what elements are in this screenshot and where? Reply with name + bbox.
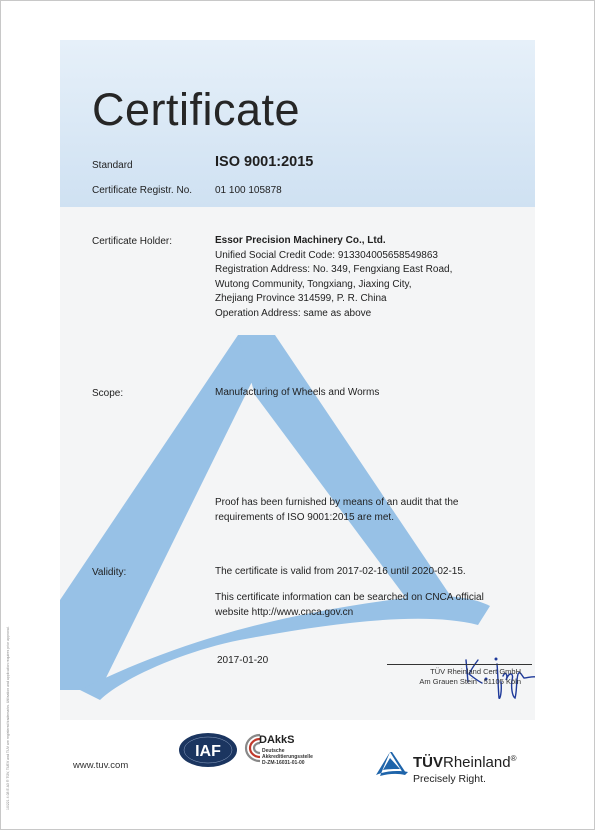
certificate-title: Certificate (92, 84, 300, 136)
standard-value: ISO 9001:2015 (215, 155, 313, 170)
holder-line: Operation Address: same as above (215, 307, 452, 322)
registered-mark: ® (511, 754, 517, 763)
tuv-brand: TÜVRheinland® (413, 754, 516, 771)
certificate-panel: Certificate Standard ISO 9001:2015 Certi… (60, 40, 535, 720)
scope-label: Scope: (92, 388, 123, 399)
issuer-address: Am Grauen Stein · 51105 Köln (419, 677, 521, 687)
cnca-line: This certificate information can be sear… (215, 591, 484, 606)
cnca-note: This certificate information can be sear… (215, 591, 484, 620)
dakks-name: DAkkS (259, 734, 294, 746)
brand-bold: TÜV (413, 754, 443, 771)
proof-statement: Proof has been furnished by means of an … (215, 496, 459, 525)
tuv-slogan: Precisely Right. (413, 773, 486, 785)
footer-url[interactable]: www.tuv.com (73, 760, 128, 771)
trademark-note: 10/221 4.08 E A3 ® TÜV, TUEV and TUV are… (6, 570, 10, 810)
holder-name: Essor Precision Machinery Co., Ltd. (215, 234, 452, 249)
iaf-logo: IAF (178, 732, 238, 768)
proof-line: Proof has been furnished by means of an … (215, 496, 459, 511)
holder-line: Unified Social Credit Code: 913304005658… (215, 249, 452, 264)
dakks-line: D-ZM-16031-01-00 (262, 760, 313, 766)
validity-label: Validity: (92, 567, 126, 578)
holder-line: Zhejiang Province 314599, P. R. China (215, 292, 452, 307)
validity-value: The certificate is valid from 2017-02-16… (215, 565, 466, 580)
holder-line: Wutong Community, Tongxiang, Jiaxing Cit… (215, 278, 452, 293)
issuer-block: TÜV Rheinland Cert GmbH Am Grauen Stein … (419, 667, 521, 687)
holder-block: Essor Precision Machinery Co., Ltd. Unif… (215, 234, 452, 321)
issuer-name: TÜV Rheinland Cert GmbH (419, 667, 521, 677)
tuv-triangle-icon (375, 751, 409, 777)
holder-label: Certificate Holder: (92, 236, 172, 247)
iaf-label: IAF (195, 743, 221, 760)
standard-label: Standard (92, 160, 133, 171)
cnca-line: website http://www.cnca.gov.cn (215, 606, 484, 621)
registr-label: Certificate Registr. No. (92, 185, 192, 196)
signature-line (387, 664, 532, 665)
issue-date: 2017-01-20 (217, 654, 268, 669)
brand-rest: Rheinland (443, 754, 511, 771)
registr-value: 01 100 105878 (215, 184, 282, 199)
proof-line: requirements of ISO 9001:2015 are met. (215, 511, 459, 526)
scope-value: Manufacturing of Wheels and Worms (215, 386, 379, 401)
holder-line: Registration Address: No. 349, Fengxiang… (215, 263, 452, 278)
dakks-text: Deutsche Akkreditierungsstelle D-ZM-1603… (262, 748, 313, 766)
